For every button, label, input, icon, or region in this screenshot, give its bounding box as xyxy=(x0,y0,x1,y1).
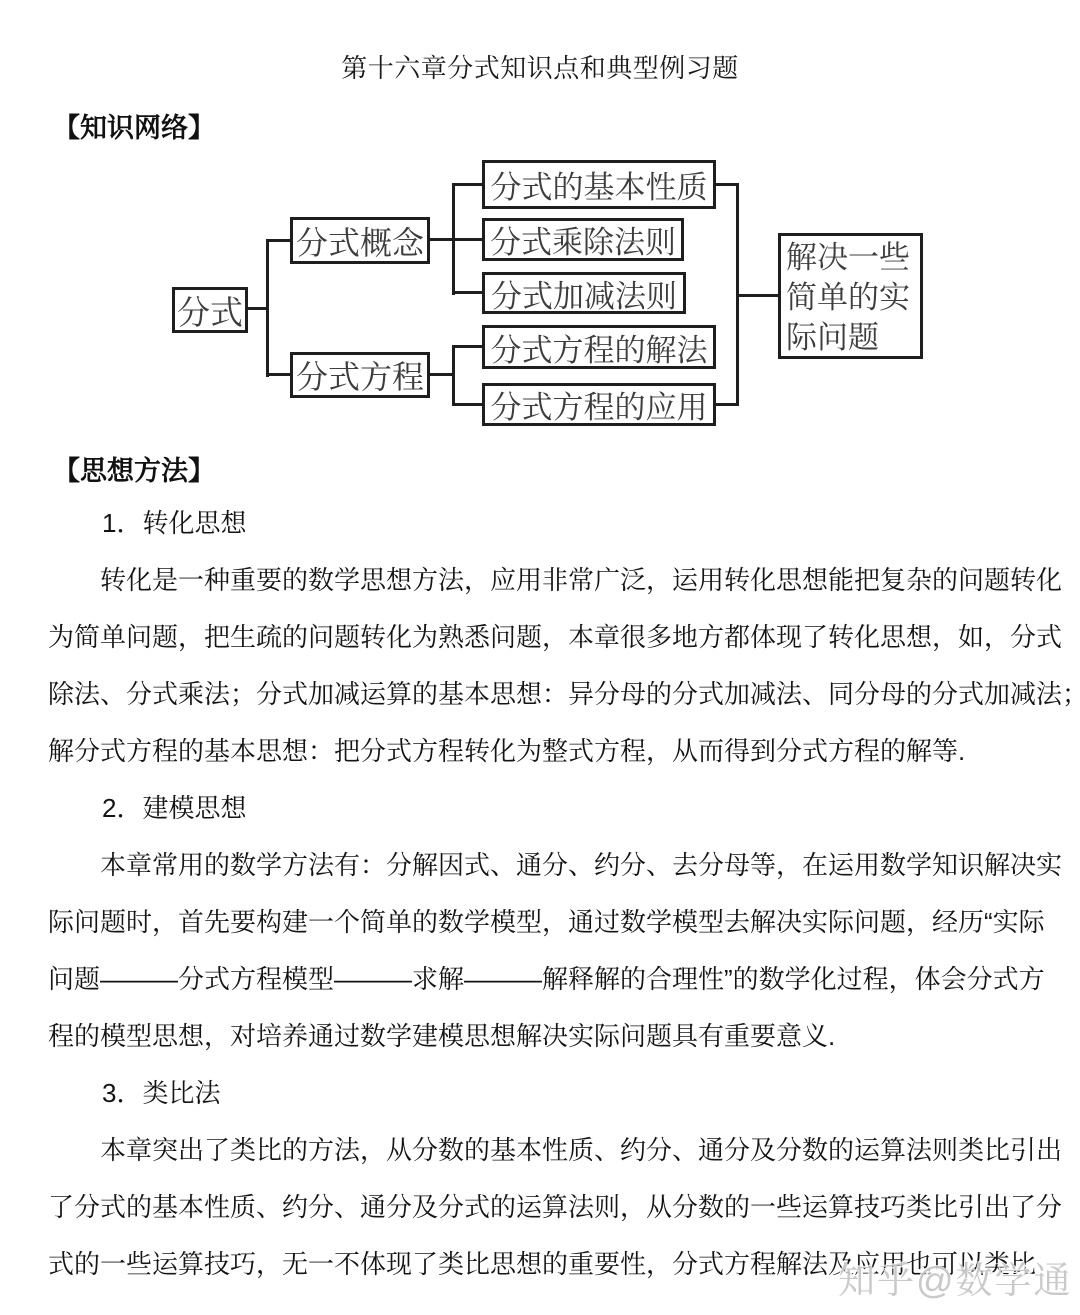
connector-line xyxy=(452,403,482,406)
connector-line xyxy=(452,291,482,294)
connector-line xyxy=(247,307,268,310)
diagram-node-fenshi-fangcheng: 分式方程 xyxy=(290,352,430,398)
subheading-modeling: 2．建模思想 xyxy=(48,780,1046,837)
diagram-node-fenshi-gainian: 分式概念 xyxy=(290,217,430,264)
section-header-thinking-methods: 【思想方法】 xyxy=(53,449,215,488)
body-line: 本章突出了类比的方法，从分数的基本性质、约分、通分及分数的运算法则类比引出 xyxy=(48,1122,1046,1179)
subheading-transform: 1．转化思想 xyxy=(48,495,1046,552)
connector-line xyxy=(736,294,778,297)
diagram-node-fangcheng-jiefa: 分式方程的解法 xyxy=(482,325,716,369)
connector-line xyxy=(452,345,482,348)
connector-line xyxy=(452,183,455,295)
connector-line xyxy=(429,238,482,241)
connector-line xyxy=(452,183,482,186)
body-line: 除法、分式乘法；分式加减运算的基本思想：异分母的分式加减法、同分母的分式加减法； xyxy=(48,666,1046,723)
connector-line xyxy=(452,345,455,406)
diagram-node-fenshi: 分式 xyxy=(172,287,248,333)
body-line: 问题———分式方程模型———求解———解释解的合理性”的数学化过程，体会分式方 xyxy=(48,951,1046,1008)
diagram-node-fangcheng-yingyong: 分式方程的应用 xyxy=(482,383,716,426)
body-line: 解分式方程的基本思想：把分式方程转化为整式方程，从而得到分式方程的解等. xyxy=(48,723,1046,780)
document-page: 第十六章分式知识点和典型例习题 【知识网络】 分式 分式概念 分式方程 分式的基… xyxy=(0,0,1080,1315)
body-line: 为简单问题，把生疏的问题转化为熟悉问题，本章很多地方都体现了转化思想，如，分式 xyxy=(48,609,1046,666)
body-line: 了分式的基本性质、约分、通分及分式的运算法则，从分数的一些运算技巧类比引出了分 xyxy=(48,1179,1046,1236)
body-line: 际问题时，首先要构建一个简单的数学模型，通过数学模型去解决实际问题，经历“实际 xyxy=(48,894,1046,951)
connector-line xyxy=(266,373,290,376)
knowledge-network-diagram: 分式 分式概念 分式方程 分式的基本性质 分式乘除法则 分式加减法则 分式方程的… xyxy=(0,0,1080,440)
diagram-node-chengchu-faze: 分式乘除法则 xyxy=(482,218,684,261)
connector-line xyxy=(715,403,738,406)
body-text: 1．转化思想 转化是一种重要的数学思想方法，应用非常广泛，运用转化思想能把复杂的… xyxy=(48,495,1046,1293)
subheading-analogy: 3．类比法 xyxy=(48,1065,1046,1122)
watermark: 知乎@数学通 xyxy=(838,1250,1073,1304)
diagram-node-jiben-xingzhi: 分式的基本性质 xyxy=(482,160,716,209)
body-line: 程的模型思想，对培养通过数学建模思想解决实际问题具有重要意义. xyxy=(48,1008,1046,1065)
connector-line xyxy=(715,183,738,186)
diagram-node-shiji-wenti: 解决一些简单的实际问题 xyxy=(778,233,923,359)
connector-line xyxy=(266,239,290,242)
body-line: 转化是一种重要的数学思想方法，应用非常广泛，运用转化思想能把复杂的问题转化 xyxy=(48,552,1046,609)
connector-line xyxy=(266,239,269,377)
diagram-node-jiajian-faze: 分式加减法则 xyxy=(482,272,686,314)
body-line: 本章常用的数学方法有：分解因式、通分、约分、去分母等，在运用数学知识解决实 xyxy=(48,837,1046,894)
